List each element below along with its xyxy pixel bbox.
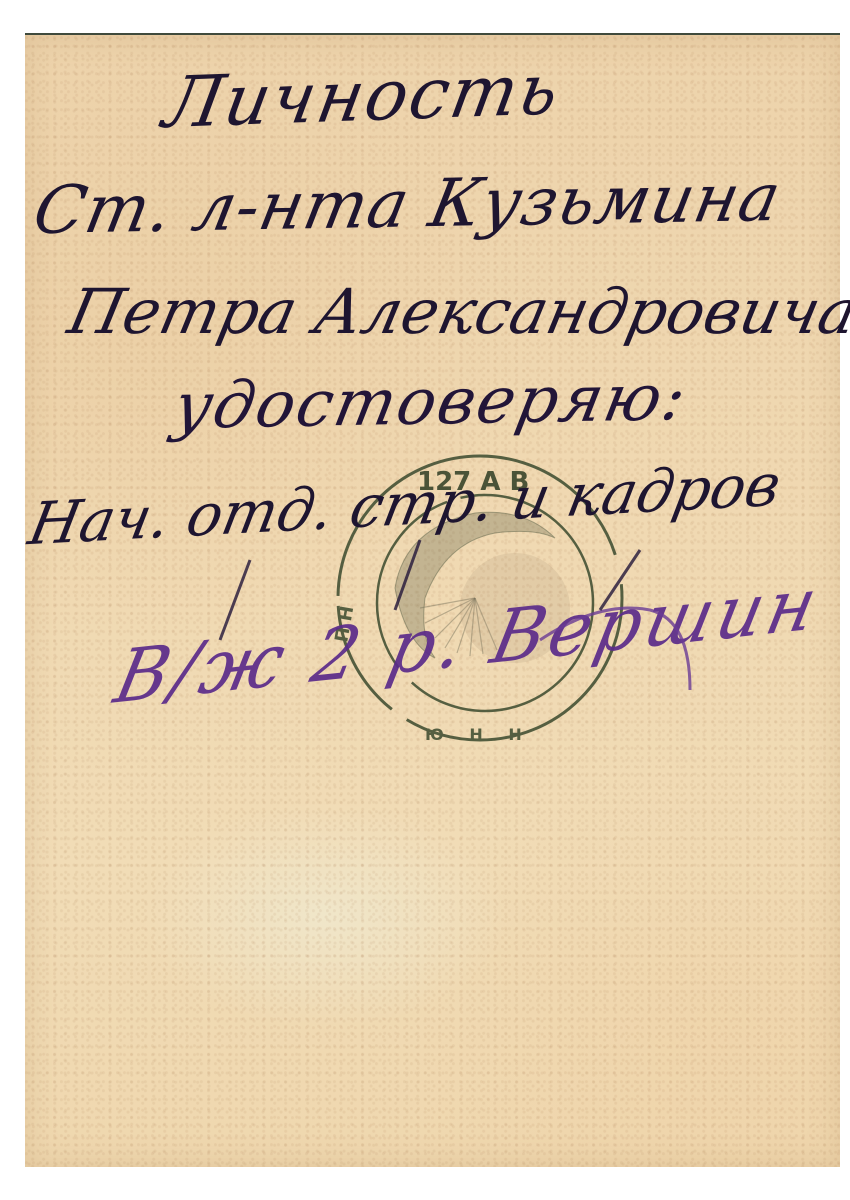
certify-text: удостоверяю: — [168, 361, 694, 444]
svg-text:Ю Н Н: Ю Н Н — [425, 725, 532, 744]
rank-and-surname: Ст. л-нта Кузьмина — [27, 159, 787, 249]
first-name-and-patronymic: Петра Александровича — [62, 275, 850, 348]
heading-lichnost: Личность — [158, 48, 567, 144]
